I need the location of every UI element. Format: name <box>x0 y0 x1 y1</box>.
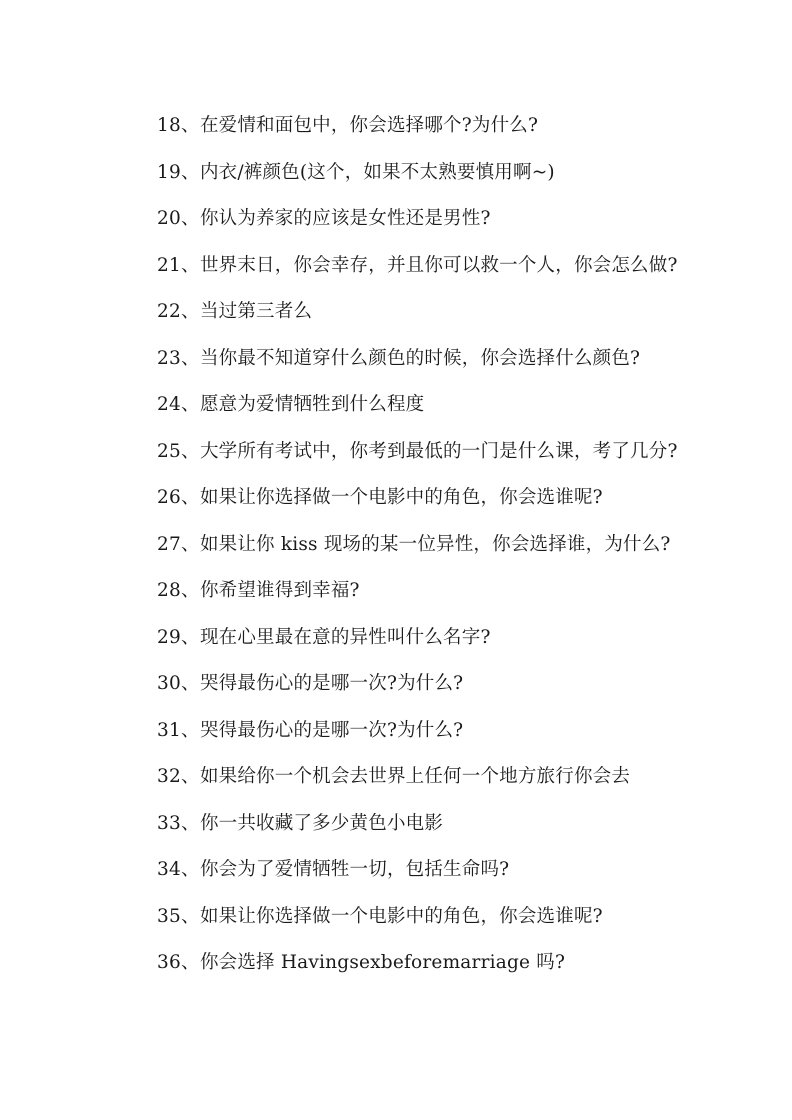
question-item: 19、内衣/裤颜色(这个，如果不太熟要慎用啊~) <box>157 161 678 208</box>
question-number: 18 <box>157 114 181 138</box>
question-separator: 、 <box>181 672 200 696</box>
question-item: 22、当过第三者么 <box>157 300 678 347</box>
question-item: 21、世界末日，你会幸存，并且你可以救一个人，你会怎么做? <box>157 254 678 301</box>
question-text: 你认为养家的应该是女性还是男性? <box>200 208 491 229</box>
question-number: 30 <box>157 672 181 696</box>
question-item: 29、现在心里最在意的异性叫什么名字? <box>157 626 678 673</box>
question-text: 如果让你 kiss 现场的某一位异性，你会选择谁，为什么? <box>200 534 671 555</box>
question-text: 你会选择 Havingsexbeforemarriage 吗? <box>200 952 565 973</box>
question-number: 20 <box>157 207 181 231</box>
question-text: 你希望谁得到幸福? <box>200 580 360 601</box>
question-separator: 、 <box>181 812 200 836</box>
question-text: 如果给你一个机会去世界上任何一个地方旅行你会去 <box>200 766 630 787</box>
question-separator: 、 <box>181 347 200 371</box>
question-number: 24 <box>157 393 181 417</box>
question-item: 24、愿意为爱情牺牲到什么程度 <box>157 393 678 440</box>
question-item: 30、哭得最伤心的是哪一次?为什么? <box>157 672 678 719</box>
question-number: 27 <box>157 533 181 557</box>
question-item: 31、哭得最伤心的是哪一次?为什么? <box>157 719 678 766</box>
question-number: 34 <box>157 858 181 882</box>
question-item: 32、如果给你一个机会去世界上任何一个地方旅行你会去 <box>157 765 678 812</box>
question-text: 现在心里最在意的异性叫什么名字? <box>200 627 491 648</box>
question-item: 33、你一共收藏了多少黄色小电影 <box>157 812 678 859</box>
question-text: 如果让你选择做一个电影中的角色，你会选谁呢? <box>200 906 603 927</box>
question-number: 23 <box>157 347 181 371</box>
question-number: 21 <box>157 254 181 278</box>
question-text: 大学所有考试中，你考到最低的一门是什么课，考了几分? <box>200 441 678 462</box>
question-item: 23、当你最不知道穿什么颜色的时候，你会选择什么颜色? <box>157 347 678 394</box>
question-separator: 、 <box>181 300 200 324</box>
question-item: 18、在爱情和面包中，你会选择哪个?为什么? <box>157 114 678 161</box>
question-text: 愿意为爱情牺牲到什么程度 <box>200 394 424 415</box>
question-text: 哭得最伤心的是哪一次?为什么? <box>200 720 463 741</box>
question-separator: 、 <box>181 765 200 789</box>
question-number: 25 <box>157 440 181 464</box>
question-text: 当你最不知道穿什么颜色的时候，你会选择什么颜色? <box>200 348 640 369</box>
question-number: 19 <box>157 161 181 185</box>
question-separator: 、 <box>181 254 200 278</box>
question-number: 33 <box>157 812 181 836</box>
question-separator: 、 <box>181 486 200 510</box>
question-text: 你会为了爱情牺牲一切，包括生命吗? <box>200 859 509 880</box>
question-item: 27、如果让你 kiss 现场的某一位异性，你会选择谁，为什么? <box>157 533 678 580</box>
question-text: 在爱情和面包中，你会选择哪个?为什么? <box>200 115 538 136</box>
question-number: 28 <box>157 579 181 603</box>
question-item: 36、你会选择 Havingsexbeforemarriage 吗? <box>157 951 678 998</box>
question-text: 世界末日，你会幸存，并且你可以救一个人，你会怎么做? <box>200 255 678 276</box>
question-number: 31 <box>157 719 181 743</box>
question-separator: 、 <box>181 951 200 975</box>
question-separator: 、 <box>181 161 200 185</box>
question-separator: 、 <box>181 533 200 557</box>
question-text: 如果让你选择做一个电影中的角色，你会选谁呢? <box>200 487 603 508</box>
question-separator: 、 <box>181 626 200 650</box>
question-number: 36 <box>157 951 181 975</box>
question-separator: 、 <box>181 207 200 231</box>
question-item: 25、大学所有考试中，你考到最低的一门是什么课，考了几分? <box>157 440 678 487</box>
question-separator: 、 <box>181 393 200 417</box>
question-text: 当过第三者么 <box>200 301 312 322</box>
question-item: 28、你希望谁得到幸福? <box>157 579 678 626</box>
document-page: 18、在爱情和面包中，你会选择哪个?为什么? 19、内衣/裤颜色(这个，如果不太… <box>0 0 792 1120</box>
question-separator: 、 <box>181 114 200 138</box>
question-text: 你一共收藏了多少黄色小电影 <box>200 813 443 834</box>
question-item: 35、如果让你选择做一个电影中的角色，你会选谁呢? <box>157 905 678 952</box>
question-list: 18、在爱情和面包中，你会选择哪个?为什么? 19、内衣/裤颜色(这个，如果不太… <box>157 114 678 998</box>
question-separator: 、 <box>181 719 200 743</box>
question-number: 29 <box>157 626 181 650</box>
question-item: 34、你会为了爱情牺牲一切，包括生命吗? <box>157 858 678 905</box>
question-number: 32 <box>157 765 181 789</box>
question-item: 26、如果让你选择做一个电影中的角色，你会选谁呢? <box>157 486 678 533</box>
question-separator: 、 <box>181 858 200 882</box>
question-item: 20、你认为养家的应该是女性还是男性? <box>157 207 678 254</box>
question-separator: 、 <box>181 905 200 929</box>
question-text: 哭得最伤心的是哪一次?为什么? <box>200 673 463 694</box>
question-separator: 、 <box>181 440 200 464</box>
question-number: 22 <box>157 300 181 324</box>
question-separator: 、 <box>181 579 200 603</box>
question-text: 内衣/裤颜色(这个，如果不太熟要慎用啊~) <box>200 162 555 183</box>
question-number: 35 <box>157 905 181 929</box>
question-number: 26 <box>157 486 181 510</box>
